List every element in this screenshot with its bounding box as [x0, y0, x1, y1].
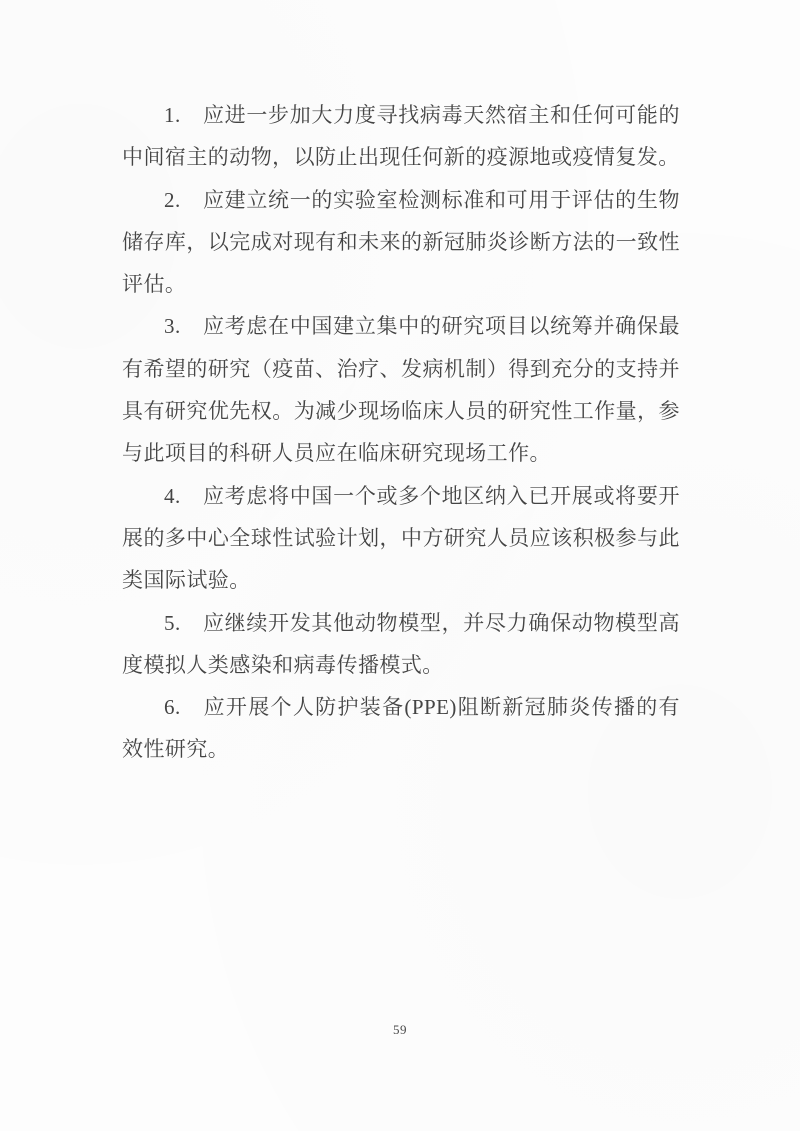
item-number: 2.: [164, 188, 181, 212]
numbered-paragraph: 3.应考虑在中国建立集中的研究项目以统筹并确保最有希望的研究（疫苗、治疗、发病机…: [122, 305, 680, 474]
numbered-paragraph: 6.应开展个人防护装备(PPE)阻断新冠肺炎传播的有效性研究。: [122, 686, 680, 771]
numbered-paragraph: 1.应进一步加大力度寻找病毒天然宿主和任何可能的中间宿主的动物，以防止出现任何新…: [122, 94, 680, 179]
page-number: 59: [0, 1022, 800, 1038]
item-text: 应考虑将中国一个或多个地区纳入已开展或将要开展的多中心全球性试验计划，中方研究人…: [122, 484, 680, 593]
numbered-paragraph: 4.应考虑将中国一个或多个地区纳入已开展或将要开展的多中心全球性试验计划，中方研…: [122, 475, 680, 602]
numbered-paragraph: 2.应建立统一的实验室检测标准和可用于评估的生物储存库，以完成对现有和未来的新冠…: [122, 179, 680, 306]
item-number: 5.: [164, 611, 181, 635]
document-body: 1.应进一步加大力度寻找病毒天然宿主和任何可能的中间宿主的动物，以防止出现任何新…: [122, 94, 680, 771]
numbered-paragraph: 5.应继续开发其他动物模型，并尽力确保动物模型高度模拟人类感染和病毒传播模式。: [122, 602, 680, 687]
item-number: 6.: [164, 695, 181, 719]
item-text: 应考虑在中国建立集中的研究项目以统筹并确保最有希望的研究（疫苗、治疗、发病机制）…: [122, 314, 680, 465]
item-number: 4.: [164, 484, 181, 508]
item-text: 应进一步加大力度寻找病毒天然宿主和任何可能的中间宿主的动物，以防止出现任何新的疫…: [122, 103, 680, 169]
document-page: 1.应进一步加大力度寻找病毒天然宿主和任何可能的中间宿主的动物，以防止出现任何新…: [0, 0, 800, 1131]
item-number: 1.: [164, 103, 181, 127]
item-text: 应建立统一的实验室检测标准和可用于评估的生物储存库，以完成对现有和未来的新冠肺炎…: [122, 188, 680, 297]
item-text: 应开展个人防护装备(PPE)阻断新冠肺炎传播的有效性研究。: [122, 695, 680, 761]
item-number: 3.: [164, 314, 181, 338]
item-text: 应继续开发其他动物模型，并尽力确保动物模型高度模拟人类感染和病毒传播模式。: [122, 611, 680, 677]
